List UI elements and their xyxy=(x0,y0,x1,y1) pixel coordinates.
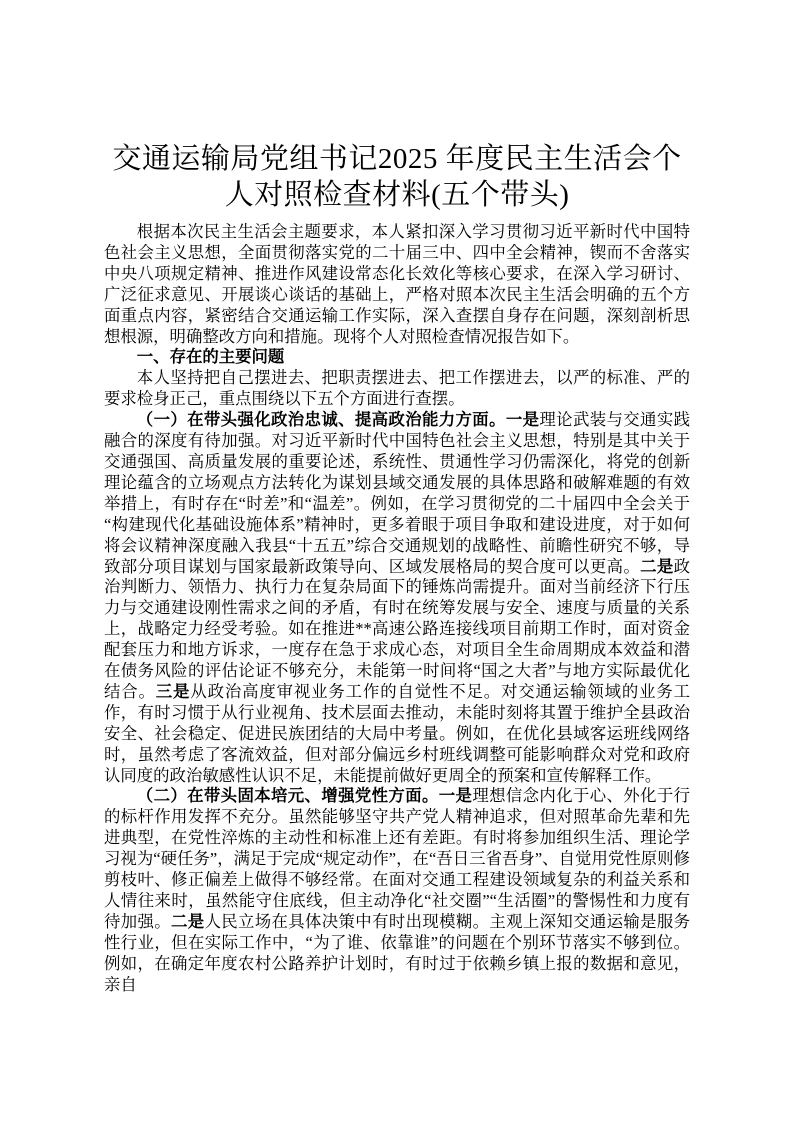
section-heading-main-problems: 一、存在的主要问题 xyxy=(104,347,690,368)
text-run: 本人坚持把自己摆进去、把职责摆进去、把工作摆进去，以严的标准、严的要求检身正己，… xyxy=(104,368,690,408)
paragraph-section-1: （一）在带头强化政治忠诚、提高政治能力方面。一是理论武装与交通实践融合的深度有待… xyxy=(104,410,690,786)
text-run: 理论武装与交通实践融合的深度有待加强。对习近平新时代中国特色社会主义思想，特别是… xyxy=(104,410,690,575)
text-run: 理想信念内化于心、外化于行的标杆作用发挥不充分。虽然能够坚守共产党人精神追求，但… xyxy=(104,786,690,930)
text-run: 从政治高度审视业务工作的自觉性不足。对交通运输领域的业务工作，有时习惯于从行业视… xyxy=(104,682,690,785)
text-run-section2-lead: （二）在带头固本培元、增强党性方面。一是 xyxy=(137,786,473,805)
paragraph-section-2: （二）在带头固本培元、增强党性方面。一是理想信念内化于心、外化于行的标杆作用发挥… xyxy=(104,786,690,995)
text-run-section1-lead: （一）在带头强化政治忠诚、提高政治能力方面。一是 xyxy=(137,410,540,429)
text-run: 根据本次民主生活会主题要求，本人紧扣深入学习贯彻习近平新时代中国特色社会主义思想… xyxy=(104,222,690,346)
text-run: 政治判断力、领悟力、执行力在复杂局面下的锤炼尚需提升。面对当前经济下行压力与交通… xyxy=(104,557,690,701)
text-run-marker-erShi: 二是 xyxy=(171,912,205,931)
text-run-marker-sanShi: 三是 xyxy=(156,682,191,701)
document-title: 交通运输局党组书记2025 年度民主生活会个人对照检查材料(五个带头) xyxy=(104,141,690,213)
paragraph-lead: 本人坚持把自己摆进去、把职责摆进去、把工作摆进去，以严的标准、严的要求检身正己，… xyxy=(104,368,690,410)
paragraph-intro: 根据本次民主生活会主题要求，本人紧扣深入学习贯彻习近平新时代中国特色社会主义思想… xyxy=(104,222,690,347)
document-content: 交通运输局党组书记2025 年度民主生活会个人对照检查材料(五个带头) 根据本次… xyxy=(104,141,690,996)
text-run-marker-erShi: 二是 xyxy=(640,557,674,576)
document-page: 交通运输局党组书记2025 年度民主生活会个人对照检查材料(五个带头) 根据本次… xyxy=(0,0,793,1121)
text-run: 一、存在的主要问题 xyxy=(137,347,285,366)
